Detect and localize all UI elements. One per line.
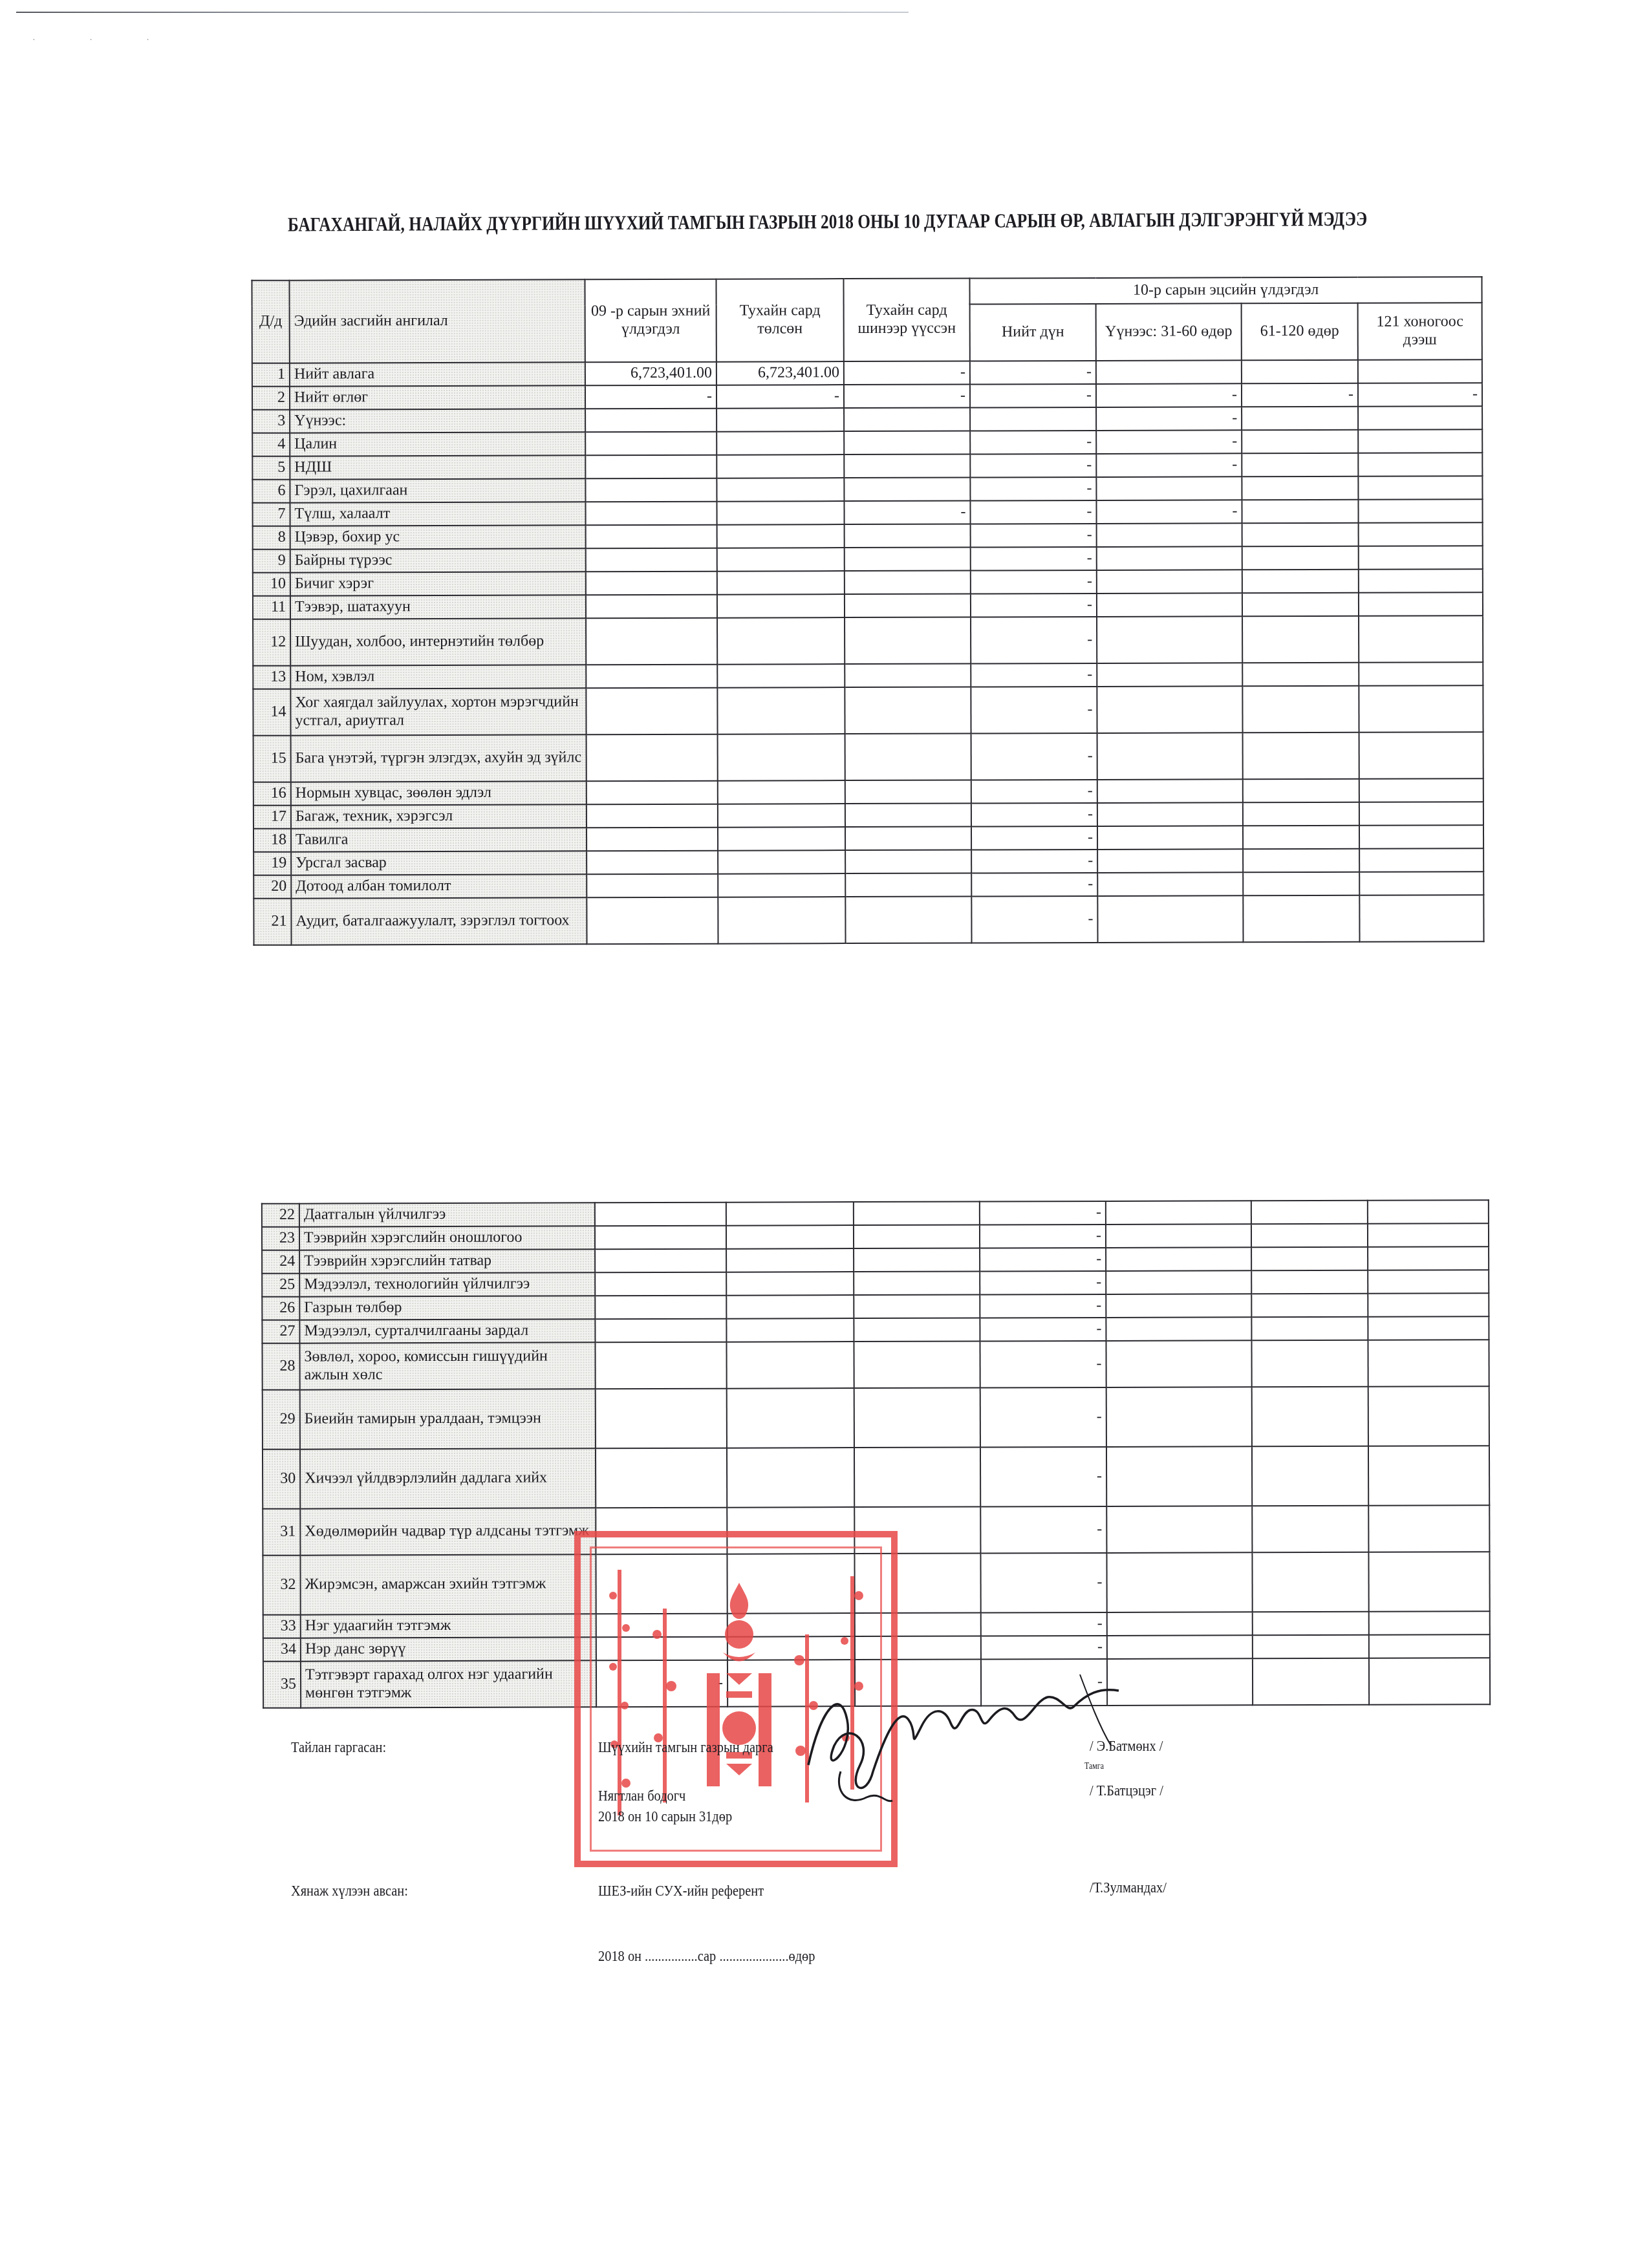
- table-row: 28Зөвлөл, хороо, комиссын гишүүдийн ажлы…: [262, 1340, 1489, 1390]
- cell-total: -: [971, 873, 1097, 897]
- cell-61-120-days: [1252, 1552, 1368, 1612]
- row-number: 20: [253, 875, 291, 899]
- cell-61-120-days: [1242, 686, 1359, 733]
- cell-opening-balance: [595, 1319, 726, 1343]
- reviewer-name: /Т.Зулмандах/: [1090, 1879, 1167, 1897]
- cell-121-plus-days: [1368, 1446, 1489, 1506]
- table-row: 31Хөдөлмөрийн чадвар түр алдсаны тэтгэмж…: [263, 1505, 1489, 1556]
- table-row: 14Хог хаягдал зайлуулах, хортон мэрэгчди…: [253, 685, 1483, 736]
- row-number: 18: [253, 829, 291, 852]
- cell-opening-balance: [585, 455, 717, 479]
- cell-new: [844, 431, 970, 455]
- cell-paid: -: [717, 385, 844, 409]
- cell-61-120-days: [1243, 733, 1359, 780]
- table-row: 10Бичиг хэрэг-: [253, 569, 1483, 596]
- cell-new: [854, 1248, 980, 1272]
- table-row: 1Нийт авлага6,723,401.006,723,401.00--: [252, 359, 1482, 387]
- row-number: 1: [252, 363, 290, 387]
- table-row: 18Тавилга-: [253, 825, 1483, 852]
- cell-total: -: [980, 1341, 1106, 1388]
- cell-31-60-days: [1097, 616, 1242, 663]
- cell-new: [854, 1295, 980, 1319]
- cell-31-60-days: [1097, 546, 1242, 570]
- row-category: Бичиг хэрэг: [290, 572, 586, 595]
- cell-31-60-days: -: [1096, 430, 1242, 454]
- row-number: 2: [252, 387, 290, 410]
- cell-121-plus-days: [1359, 895, 1483, 942]
- row-number: 12: [253, 619, 290, 666]
- cell-61-120-days: [1242, 546, 1359, 570]
- cell-opening-balance: [586, 525, 717, 549]
- row-number: 35: [263, 1662, 301, 1708]
- cell-121-plus-days: [1359, 778, 1483, 802]
- row-category: Түлш, халаалт: [290, 502, 585, 526]
- row-number: 29: [263, 1390, 300, 1450]
- debt-table-part-1: Д/д Эдийн засгийн ангилал 09 -р сарын эх…: [251, 276, 1484, 946]
- cell-opening-balance: [585, 409, 717, 433]
- cell-opening-balance: [596, 1554, 727, 1614]
- table-row: 3Үүнээс:-: [252, 406, 1482, 433]
- cell-paid: [718, 827, 845, 851]
- cell-opening-balance: [596, 1389, 727, 1449]
- cell-121-plus-days: [1359, 802, 1483, 826]
- cell-121-plus-days: [1369, 1658, 1490, 1705]
- cell-new: -: [844, 385, 970, 409]
- cell-61-120-days: [1252, 1446, 1368, 1506]
- cell-121-plus-days: [1358, 476, 1482, 500]
- row-number: 9: [253, 550, 290, 573]
- cell-31-60-days: [1106, 1506, 1252, 1553]
- cell-121-plus-days: [1368, 1270, 1489, 1294]
- table-row: 12Шуудан, холбоо, интернэтийн төлбөр-: [253, 615, 1483, 666]
- row-category: Байрны түрээс: [290, 548, 586, 572]
- cell-paid: [717, 501, 844, 525]
- cell-paid: 6,723,401.00: [717, 361, 844, 385]
- table-row: 23Тээврийн хэрэгслийн оношлогоо-: [262, 1223, 1489, 1250]
- cell-opening-balance: [595, 1296, 726, 1320]
- row-number: 10: [253, 573, 290, 596]
- cell-total: -: [971, 826, 1097, 850]
- cell-61-120-days: [1251, 1294, 1368, 1318]
- cell-opening-balance: [587, 897, 718, 945]
- cell-31-60-days: [1106, 1552, 1252, 1612]
- row-number: 28: [262, 1343, 299, 1390]
- cell-31-60-days: [1106, 1270, 1251, 1294]
- cell-total: -: [981, 1659, 1107, 1706]
- cell-new: [854, 1388, 980, 1448]
- cell-61-120-days: [1243, 849, 1359, 873]
- cell-paid: [718, 850, 845, 874]
- cell-total: -: [980, 1225, 1106, 1248]
- prepared-by-label: Тайлан гаргасан:: [291, 1739, 386, 1757]
- row-category: Дотоод албан томилолт: [291, 874, 587, 898]
- table-row: 19Урсгал засвар-: [253, 848, 1483, 875]
- cell-new: [845, 804, 971, 828]
- cell-new: [855, 1613, 981, 1637]
- cell-opening-balance: [585, 478, 717, 502]
- cell-total: -: [971, 803, 1097, 827]
- cell-new: -: [844, 361, 970, 385]
- row-category: Нэг удаагийн тэтгэмж: [301, 1614, 596, 1638]
- row-number: 17: [253, 806, 291, 829]
- cell-31-60-days: [1097, 826, 1243, 850]
- table-row: 20Дотоод албан томилолт-: [253, 872, 1483, 899]
- row-number: 4: [252, 433, 290, 456]
- cell-31-60-days: [1106, 1294, 1251, 1318]
- cell-61-120-days: [1251, 1340, 1368, 1387]
- cell-total: -: [981, 1636, 1107, 1660]
- cell-121-plus-days: [1359, 685, 1483, 733]
- cell-paid: [727, 1448, 854, 1508]
- cell-paid: [717, 664, 845, 688]
- row-number: 5: [252, 456, 290, 480]
- cell-31-60-days: [1106, 1446, 1252, 1506]
- cell-31-60-days: [1097, 663, 1242, 687]
- cell-total: -: [970, 477, 1096, 501]
- row-category: Даатгалын үйлчилгээ: [299, 1203, 595, 1226]
- cell-121-plus-days: [1368, 1223, 1489, 1247]
- cell-31-60-days: [1097, 779, 1243, 803]
- cell-31-60-days: [1106, 1201, 1251, 1225]
- cell-121-plus-days: [1359, 522, 1483, 546]
- cell-new: [845, 664, 971, 688]
- header-121-plus-days: 121 хоногоос дээш: [1358, 303, 1482, 360]
- row-category: Хог хаягдал зайлуулах, хортон мэрэгчдийн…: [290, 688, 586, 735]
- cell-new: [854, 1202, 980, 1226]
- cell-new: -: [844, 501, 970, 525]
- cell-opening-balance: [586, 618, 717, 665]
- cell-new: [845, 850, 971, 874]
- cell-31-60-days: [1097, 733, 1243, 780]
- cell-31-60-days: -: [1096, 407, 1242, 431]
- cell-61-120-days: [1242, 407, 1358, 431]
- cell-paid: [727, 1636, 855, 1660]
- table-row: 16Нормын хувцас, зөөлөн эдлэл-: [253, 778, 1483, 806]
- header-opening-balance: 09 -р сарын эхний үлдэгдэл: [585, 279, 716, 363]
- row-category: Хичээл үйлдвэрлэлийн дадлага хийх: [300, 1448, 596, 1508]
- row-category: Тээвэр, шатахуун: [290, 595, 586, 619]
- cell-paid: [718, 734, 845, 781]
- row-number: 13: [253, 666, 290, 689]
- table-row: 13Ном, хэвлэл-: [253, 662, 1483, 689]
- row-number: 3: [252, 410, 290, 433]
- row-category: Тээврийн хэрэгслийн татвар: [299, 1249, 595, 1273]
- cell-121-plus-days: [1358, 429, 1482, 453]
- cell-paid: [726, 1225, 854, 1249]
- table-row: 5НДШ--: [252, 453, 1482, 480]
- cell-paid: [717, 571, 845, 595]
- cell-paid: [717, 617, 845, 665]
- cell-total: -: [970, 431, 1096, 455]
- row-category: Шуудан, холбоо, интернэтийн төлбөр: [290, 618, 586, 665]
- cell-31-60-days: -: [1096, 500, 1242, 524]
- cell-opening-balance: [587, 828, 718, 851]
- cell-paid: [717, 478, 844, 502]
- cell-total: [970, 407, 1096, 431]
- table-row: 6Гэрэл, цахилгаан-: [252, 476, 1482, 503]
- cell-total: -: [970, 361, 1096, 385]
- cell-61-120-days: [1242, 570, 1359, 594]
- cell-opening-balance: -: [596, 1660, 727, 1707]
- reviewed-by-label: Хянаж хүлээн авсан:: [291, 1883, 408, 1900]
- cell-61-120-days: [1243, 872, 1359, 896]
- cell-61-120-days: [1242, 593, 1359, 617]
- row-category: Урсгал засвар: [291, 851, 587, 875]
- row-number: 31: [263, 1509, 300, 1556]
- cell-new: [854, 1448, 980, 1508]
- row-number: 25: [262, 1274, 299, 1297]
- cell-31-60-days: [1097, 802, 1243, 826]
- cell-31-60-days: [1097, 593, 1242, 617]
- cell-61-120-days: [1243, 779, 1359, 803]
- cell-total: -: [971, 733, 1097, 780]
- cell-31-60-days: -: [1096, 383, 1242, 407]
- table-row: 29Биеийн тамирын уралдаан, тэмцээн-: [263, 1386, 1489, 1450]
- cell-total: -: [980, 1387, 1106, 1448]
- cell-31-60-days: [1106, 1224, 1251, 1248]
- cell-new: [854, 1272, 980, 1296]
- cell-opening-balance: [587, 874, 718, 898]
- cell-paid: [717, 524, 845, 548]
- cell-opening-balance: [586, 572, 717, 595]
- scan-specks: · · ·: [32, 36, 175, 46]
- cell-paid: [718, 897, 845, 944]
- cell-paid: [717, 408, 844, 432]
- cell-new: [845, 524, 971, 548]
- cell-121-plus-days: [1369, 1634, 1490, 1658]
- row-category: Газрын төлбөр: [299, 1296, 595, 1320]
- row-category: Нийт өглөг: [290, 385, 585, 409]
- cell-new: [845, 780, 971, 804]
- table-body-continued: 22Даатгалын үйлчилгээ-23Тээврийн хэрэгсл…: [262, 1200, 1490, 1708]
- cell-opening-balance: 6,723,401.00: [585, 362, 717, 386]
- header-31-60-days: Үүнээс: 31-60 өдөр: [1096, 303, 1242, 361]
- cell-new: [845, 873, 971, 897]
- row-category: Зөвлөл, хороо, комиссын гишүүдийн ажлын …: [299, 1342, 595, 1389]
- cell-61-120-days: [1253, 1612, 1369, 1636]
- cell-total: -: [971, 617, 1097, 664]
- cell-61-120-days: [1253, 1635, 1369, 1659]
- row-number: 33: [263, 1615, 301, 1638]
- cell-new: [855, 1660, 981, 1707]
- cell-61-120-days: [1242, 663, 1359, 687]
- cell-total: -: [971, 594, 1097, 617]
- row-category: Үүнээс:: [290, 409, 585, 433]
- row-category: Биеийн тамирын уралдаан, тэмцээн: [300, 1389, 596, 1449]
- cell-paid: [727, 1613, 855, 1637]
- cell-121-plus-days: [1359, 615, 1483, 663]
- row-category: Цалин: [290, 432, 585, 456]
- row-number: 15: [253, 736, 291, 782]
- header-total: Нийт дүн: [970, 304, 1096, 361]
- table-row: 4Цалин--: [252, 429, 1482, 456]
- head-title: Шүүхийн тамгын газрын дарга: [598, 1739, 773, 1757]
- table-row: 34Нэр данс зөрүү-: [263, 1634, 1490, 1662]
- row-number: 24: [262, 1250, 299, 1274]
- row-number: 8: [253, 526, 290, 550]
- cell-opening-balance: [595, 1226, 726, 1250]
- row-category: Нэр данс зөрүү: [301, 1637, 596, 1661]
- cell-61-120-days: [1252, 1506, 1368, 1553]
- table-row: 15Бага үнэтэй, түргэн элэгдэх, ахуйн эд …: [253, 732, 1483, 782]
- cell-total: -: [971, 570, 1097, 594]
- table-row: 32Жирэмсэн, амаржсан эхийн тэтгэмж-: [263, 1552, 1489, 1615]
- cell-paid: [726, 1202, 854, 1226]
- cell-new: [845, 827, 971, 851]
- cell-61-120-days: [1251, 1247, 1368, 1271]
- row-category: Хөдөлмөрийн чадвар түр алдсаны тэтгэмж: [300, 1508, 596, 1555]
- cell-61-120-days: [1253, 1658, 1369, 1706]
- row-number: 7: [252, 503, 290, 526]
- cell-paid: [717, 687, 845, 734]
- cell-opening-balance: [587, 804, 718, 828]
- accountant-title: Нягтлан бодогч: [598, 1788, 685, 1805]
- cell-paid: [717, 455, 844, 478]
- table-row: 24Тээврийн хэрэгслийн татвар-: [262, 1246, 1489, 1274]
- cell-total: -: [980, 1271, 1106, 1295]
- cell-new: [845, 548, 971, 572]
- cell-61-120-days: [1242, 453, 1358, 477]
- cell-31-60-days: [1107, 1658, 1253, 1706]
- cell-new: [844, 478, 970, 502]
- cell-new: [844, 408, 970, 432]
- cell-total: -: [980, 1201, 1106, 1225]
- table-row: 7Түлш, халаалт---: [252, 499, 1482, 526]
- row-number: 34: [263, 1638, 301, 1662]
- cell-total: -: [971, 687, 1097, 734]
- cell-121-plus-days: [1359, 825, 1483, 849]
- cell-opening-balance: [596, 1614, 727, 1638]
- cell-121-plus-days: [1368, 1246, 1489, 1270]
- cell-paid: [727, 1660, 855, 1707]
- cell-31-60-days: -: [1096, 453, 1242, 477]
- row-number: 16: [253, 782, 291, 806]
- row-category: Нийт авлага: [290, 362, 585, 386]
- cell-121-plus-days: [1368, 1200, 1489, 1224]
- prepared-date: 2018 он 10 сарын 31дөр: [598, 1808, 732, 1826]
- table-row: 2Нийт өглөг-------: [252, 383, 1482, 410]
- cell-opening-balance: [596, 1508, 727, 1555]
- table-row: 17Багаж, техник, хэрэгсэл-: [253, 802, 1483, 829]
- header-closing-balance: 10-р сарын эцсийн үлдэгдэл: [969, 277, 1482, 304]
- table-row: 27Мэдээлэл, сурталчилгааны зардал-: [262, 1316, 1489, 1343]
- row-category: Цэвэр, бохир ус: [290, 525, 586, 549]
- cell-total: -: [971, 524, 1097, 548]
- table-row: 22Даатгалын үйлчилгээ-: [262, 1200, 1489, 1227]
- row-category: Гэрэл, цахилгаан: [290, 478, 585, 502]
- cell-61-120-days: [1243, 895, 1359, 943]
- cell-paid: [717, 431, 844, 455]
- cell-opening-balance: [586, 548, 717, 572]
- row-category: Тээврийн хэрэгслийн оношлогоо: [299, 1226, 595, 1250]
- cell-total: -: [971, 896, 1097, 943]
- scan-edge-line: [16, 12, 909, 13]
- cell-paid: [717, 548, 845, 572]
- cell-61-120-days: [1252, 1387, 1368, 1447]
- cell-opening-balance: [596, 1448, 727, 1508]
- cell-opening-balance: [595, 1342, 726, 1389]
- cell-new: [854, 1507, 980, 1554]
- cell-total: -: [971, 547, 1097, 571]
- row-number: 30: [263, 1450, 300, 1509]
- cell-new: [854, 1318, 980, 1342]
- head-name: / Э.Батмөнх /: [1090, 1738, 1163, 1755]
- cell-61-120-days: [1243, 802, 1359, 826]
- cell-total: -: [971, 850, 1097, 873]
- cell-paid: [718, 780, 845, 804]
- row-category: Мэдээлэл, сурталчилгааны зардал: [299, 1319, 595, 1343]
- cell-paid: [726, 1295, 854, 1319]
- cell-31-60-days: [1097, 686, 1242, 733]
- cell-paid: [726, 1342, 854, 1389]
- cell-31-60-days: [1106, 1317, 1251, 1341]
- row-category: Нормын хувцас, зөөлөн эдлэл: [291, 781, 587, 805]
- cell-paid: [726, 1248, 854, 1272]
- row-number: 11: [253, 596, 290, 619]
- cell-31-60-days: [1097, 872, 1243, 896]
- cell-paid: [726, 1272, 854, 1296]
- cell-61-120-days: [1242, 523, 1359, 547]
- accountant-name: / Т.Батцэцэг /: [1090, 1782, 1163, 1800]
- cell-61-120-days: [1242, 616, 1359, 663]
- row-category: Бага үнэтэй, түргэн элэгдэх, ахуйн эд зү…: [291, 734, 587, 782]
- row-number: 26: [262, 1297, 299, 1320]
- debt-table-part-2: 22Даатгалын үйлчилгээ-23Тээврийн хэрэгсл…: [261, 1199, 1491, 1709]
- header-new: Тухайн сард шинээр үүссэн: [843, 279, 969, 362]
- cell-total: -: [980, 1553, 1106, 1613]
- cell-121-plus-days: [1369, 1611, 1490, 1635]
- cell-total: -: [980, 1294, 1106, 1318]
- row-number: 22: [262, 1204, 299, 1227]
- cell-total: -: [970, 500, 1096, 524]
- cell-paid: [718, 873, 845, 897]
- cell-31-60-days: [1097, 570, 1242, 594]
- cell-61-120-days: [1251, 1317, 1368, 1341]
- cell-total: -: [980, 1248, 1106, 1272]
- cell-new: [854, 1342, 980, 1389]
- cell-61-120-days: [1243, 826, 1359, 850]
- header-no: Д/д: [252, 281, 289, 363]
- row-number: 23: [262, 1227, 299, 1250]
- cell-opening-balance: [585, 502, 717, 526]
- cell-121-plus-days: [1368, 1293, 1489, 1317]
- cell-121-plus-days: [1359, 732, 1483, 779]
- table-row: 35Тэтгэвэрт гарахад олгох нэг удаагийн м…: [263, 1658, 1490, 1708]
- cell-31-60-days: [1106, 1387, 1252, 1447]
- row-number: 21: [253, 899, 291, 945]
- row-category: Жирэмсэн, амаржсан эхийн тэтгэмж: [300, 1554, 596, 1614]
- row-category: Ном, хэвлэл: [290, 665, 586, 689]
- header-61-120-days: 61-120 өдөр: [1242, 303, 1358, 361]
- table-row: 33Нэг удаагийн тэтгэмж-: [263, 1611, 1490, 1638]
- cell-121-plus-days: [1359, 662, 1483, 686]
- cell-new: [855, 1636, 981, 1660]
- row-number: 27: [262, 1320, 299, 1343]
- table-row: 8Цэвэр, бохир ус-: [253, 522, 1483, 550]
- cell-31-60-days: [1107, 1635, 1253, 1659]
- cell-total: -: [980, 1447, 1106, 1507]
- cell-121-plus-days: [1358, 359, 1482, 383]
- cell-61-120-days: [1242, 360, 1358, 384]
- cell-new: [854, 1554, 980, 1614]
- cell-121-plus-days: [1359, 848, 1483, 872]
- cell-61-120-days: [1251, 1270, 1368, 1294]
- table-body: 1Нийт авлага6,723,401.006,723,401.00--2Н…: [252, 359, 1484, 945]
- cell-opening-balance: [595, 1272, 726, 1296]
- table-row: 26Газрын төлбөр-: [262, 1293, 1489, 1320]
- cell-61-120-days: [1242, 476, 1358, 500]
- cell-total: -: [971, 780, 1097, 804]
